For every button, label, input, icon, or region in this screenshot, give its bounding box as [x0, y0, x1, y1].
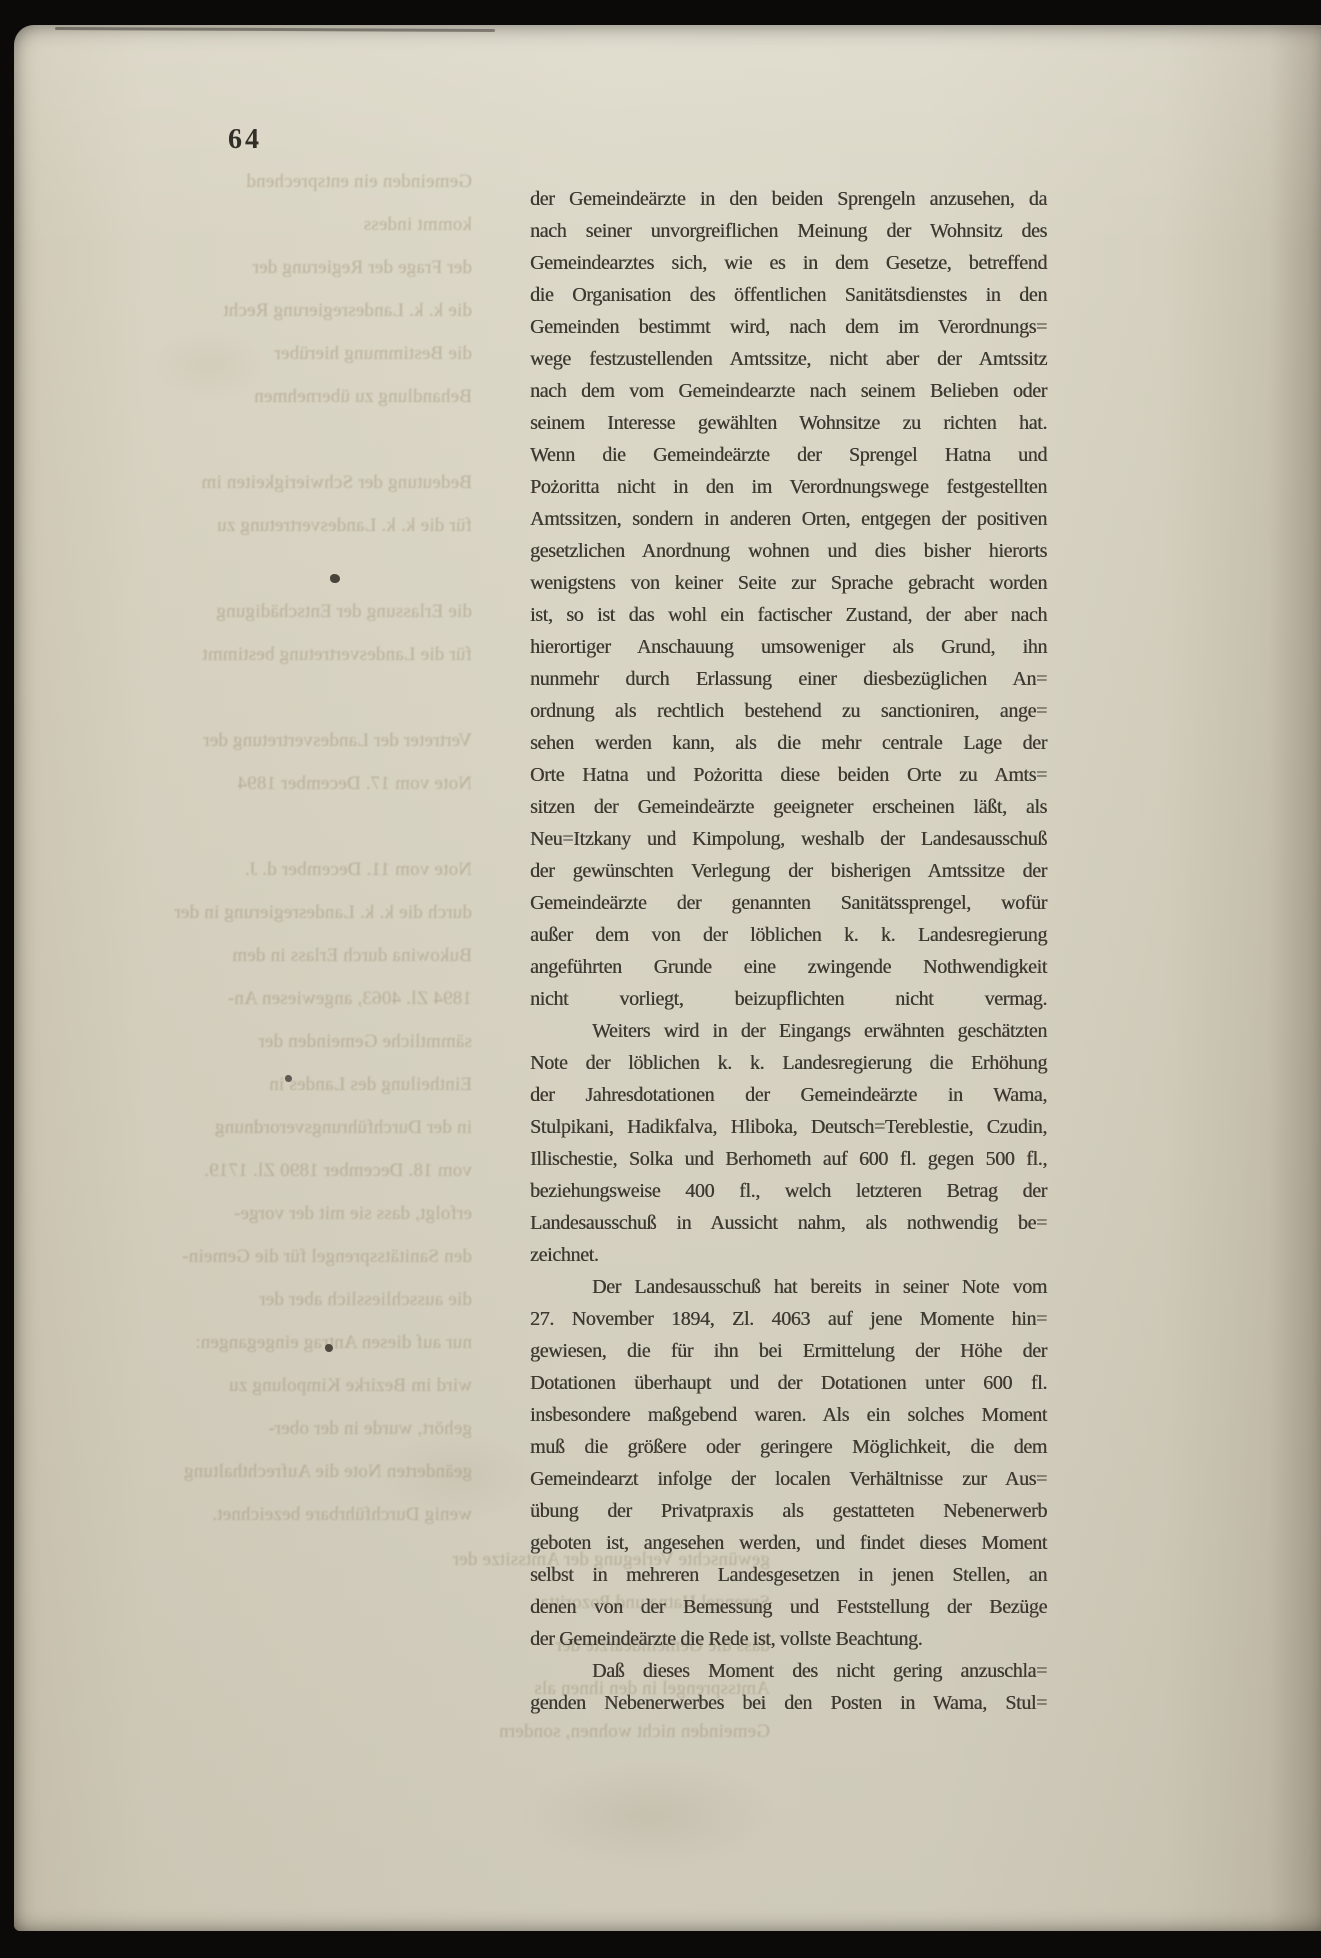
ink-speck — [330, 574, 340, 583]
text-line: selbst in mehreren Landesgesetzen in jen… — [530, 1559, 1047, 1591]
text-line: genden Nebenerwerbes bei den Posten in W… — [530, 1687, 1047, 1719]
text-line: Daß dieses Moment des nicht gering anzus… — [530, 1655, 1047, 1687]
text-line: Gemeindearztes sich, wie es in dem Geset… — [530, 247, 1047, 279]
text-line: sitzen der Gemeindeärzte geeigneter ersc… — [530, 791, 1047, 823]
text-line: Dotationen überhaupt und der Dotationen … — [530, 1367, 1047, 1399]
text-line: nunmehr durch Erlassung einer diesbezügl… — [530, 663, 1047, 695]
text-line: Amtssitzen, sondern in anderen Orten, en… — [530, 503, 1047, 535]
text-line: Weiters wird in der Eingangs erwähnten g… — [530, 1015, 1047, 1047]
text-line: Illischestie, Solka und Berhometh auf 60… — [530, 1143, 1047, 1175]
text-line: Pożoritta nicht in den im Verordnungsweg… — [530, 471, 1047, 503]
text-line: Gemeindeärzte der genannten Sanitätsspre… — [530, 887, 1047, 919]
paragraph: Der Landesausschuß hat bereits in seiner… — [530, 1271, 1047, 1655]
text-line: Landesausschuß in Aussicht nahm, als not… — [530, 1207, 1047, 1239]
text-line: die Organisation des öffentlichen Sanitä… — [530, 279, 1047, 311]
text-line: der Jahresdotationen der Gemeindeärzte i… — [530, 1079, 1047, 1111]
text-line: insbesondere maßgebend waren. Als ein so… — [530, 1399, 1047, 1431]
text-line: muß die größere oder geringere Möglichke… — [530, 1431, 1047, 1463]
text-line: seinem Interesse gewählten Wohnsitze zu … — [530, 407, 1047, 439]
text-line: angeführten Grunde eine zwingende Nothwe… — [530, 951, 1047, 983]
text-line: wege festzustellenden Amtssitze, nicht a… — [530, 343, 1047, 375]
main-text-column: der Gemeindeärzte in den beiden Sprengel… — [530, 183, 1047, 1719]
text-line: gesetzlichen Anordnung wohnen und dies b… — [530, 535, 1047, 567]
text-line: ordnung als rechtlich bestehend zu sanct… — [530, 695, 1047, 727]
text-line: der Gemeindeärzte die Rede ist, vollste … — [530, 1623, 1047, 1655]
text-line: gewiesen, die für ihn bei Ermittelung de… — [530, 1335, 1047, 1367]
text-line: Wenn die Gemeindeärzte der Sprengel Hatn… — [530, 439, 1047, 471]
text-line: sehen werden kann, als die mehr centrale… — [530, 727, 1047, 759]
text-line: nicht vorliegt, beizupflichten nicht ver… — [530, 983, 1047, 1015]
ink-speck — [285, 1075, 292, 1082]
paragraph: der Gemeindeärzte in den beiden Sprengel… — [530, 183, 1047, 1015]
text-line: Gemeindearzt infolge der localen Verhält… — [530, 1463, 1047, 1495]
text-line: ist, so ist das wohl ein factischer Zust… — [530, 599, 1047, 631]
ink-speck — [325, 1344, 333, 1352]
text-line: wenigstens von keiner Seite zur Sprache … — [530, 567, 1047, 599]
text-line: Note der löblichen k. k. Landesregierung… — [530, 1047, 1047, 1079]
page-number: 64 — [228, 124, 262, 156]
text-line: denen von der Bemessung und Feststellung… — [530, 1591, 1047, 1623]
text-line: beziehungsweise 400 fl., welch letzteren… — [530, 1175, 1047, 1207]
text-line: Der Landesausschuß hat bereits in seiner… — [530, 1271, 1047, 1303]
text-line: hierortiger Anschauung umsoweniger als G… — [530, 631, 1047, 663]
text-line: nach dem vom Gemeindearzte nach seinem B… — [530, 375, 1047, 407]
text-line: Orte Hatna und Pożoritta diese beiden Or… — [530, 759, 1047, 791]
text-line: der Gemeindeärzte in den beiden Sprengel… — [530, 183, 1047, 215]
text-line: Gemeinden bestimmt wird, nach dem im Ver… — [530, 311, 1047, 343]
text-line: geboten ist, angesehen werden, und finde… — [530, 1527, 1047, 1559]
scanned-book-page: { "page_number": "64", "colors": { "pape… — [0, 0, 1321, 1958]
text-line: der gewünschten Verlegung der bisherigen… — [530, 855, 1047, 887]
text-line: Stulpikani, Hadikfalva, Hliboka, Deutsch… — [530, 1111, 1047, 1143]
text-line: außer dem von der löblichen k. k. Landes… — [530, 919, 1047, 951]
paragraph: Weiters wird in der Eingangs erwähnten g… — [530, 1015, 1047, 1271]
text-line: Neu=Itzkany und Kimpolung, weshalb der L… — [530, 823, 1047, 855]
text-line: 27. November 1894, Zl. 4063 auf jene Mom… — [530, 1303, 1047, 1335]
paragraph: Daß dieses Moment des nicht gering anzus… — [530, 1655, 1047, 1719]
text-line: übung der Privatpraxis als gestatteten N… — [530, 1495, 1047, 1527]
text-line: zeichnet. — [530, 1239, 1047, 1271]
text-line: nach seiner unvorgreiflichen Meinung der… — [530, 215, 1047, 247]
